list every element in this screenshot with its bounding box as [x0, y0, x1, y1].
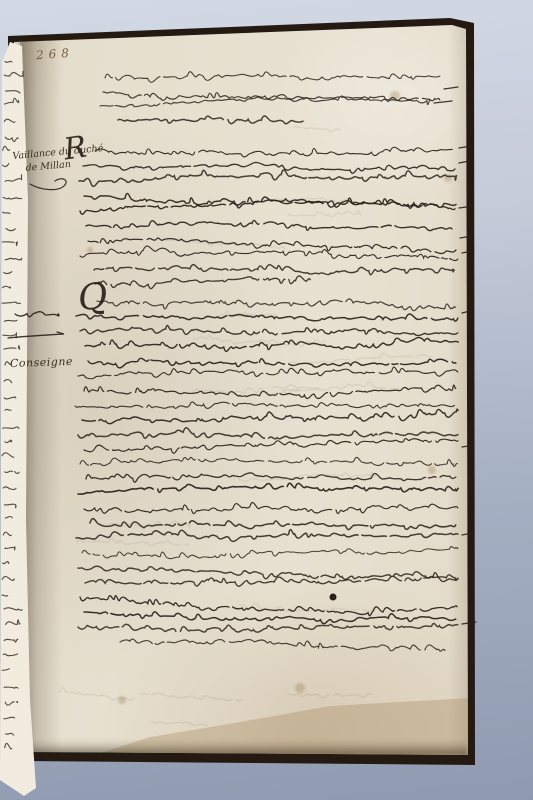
initial-letter-r: R	[62, 130, 89, 168]
manuscript-page	[0, 0, 533, 800]
age-spot	[428, 466, 436, 474]
page-right-edge-shading	[448, 26, 468, 756]
initial-letter-q: Q	[76, 276, 109, 319]
age-spot	[295, 683, 305, 693]
age-spot	[390, 91, 400, 101]
photograph-of-manuscript: 268 Vaillance du duché de Millan Conseig…	[0, 0, 533, 800]
age-spot	[87, 247, 93, 253]
age-spot	[118, 696, 126, 704]
folio-number: 268	[36, 46, 75, 63]
age-spot	[444, 174, 452, 182]
margin-note-conseigne: Conseigne	[10, 355, 73, 370]
